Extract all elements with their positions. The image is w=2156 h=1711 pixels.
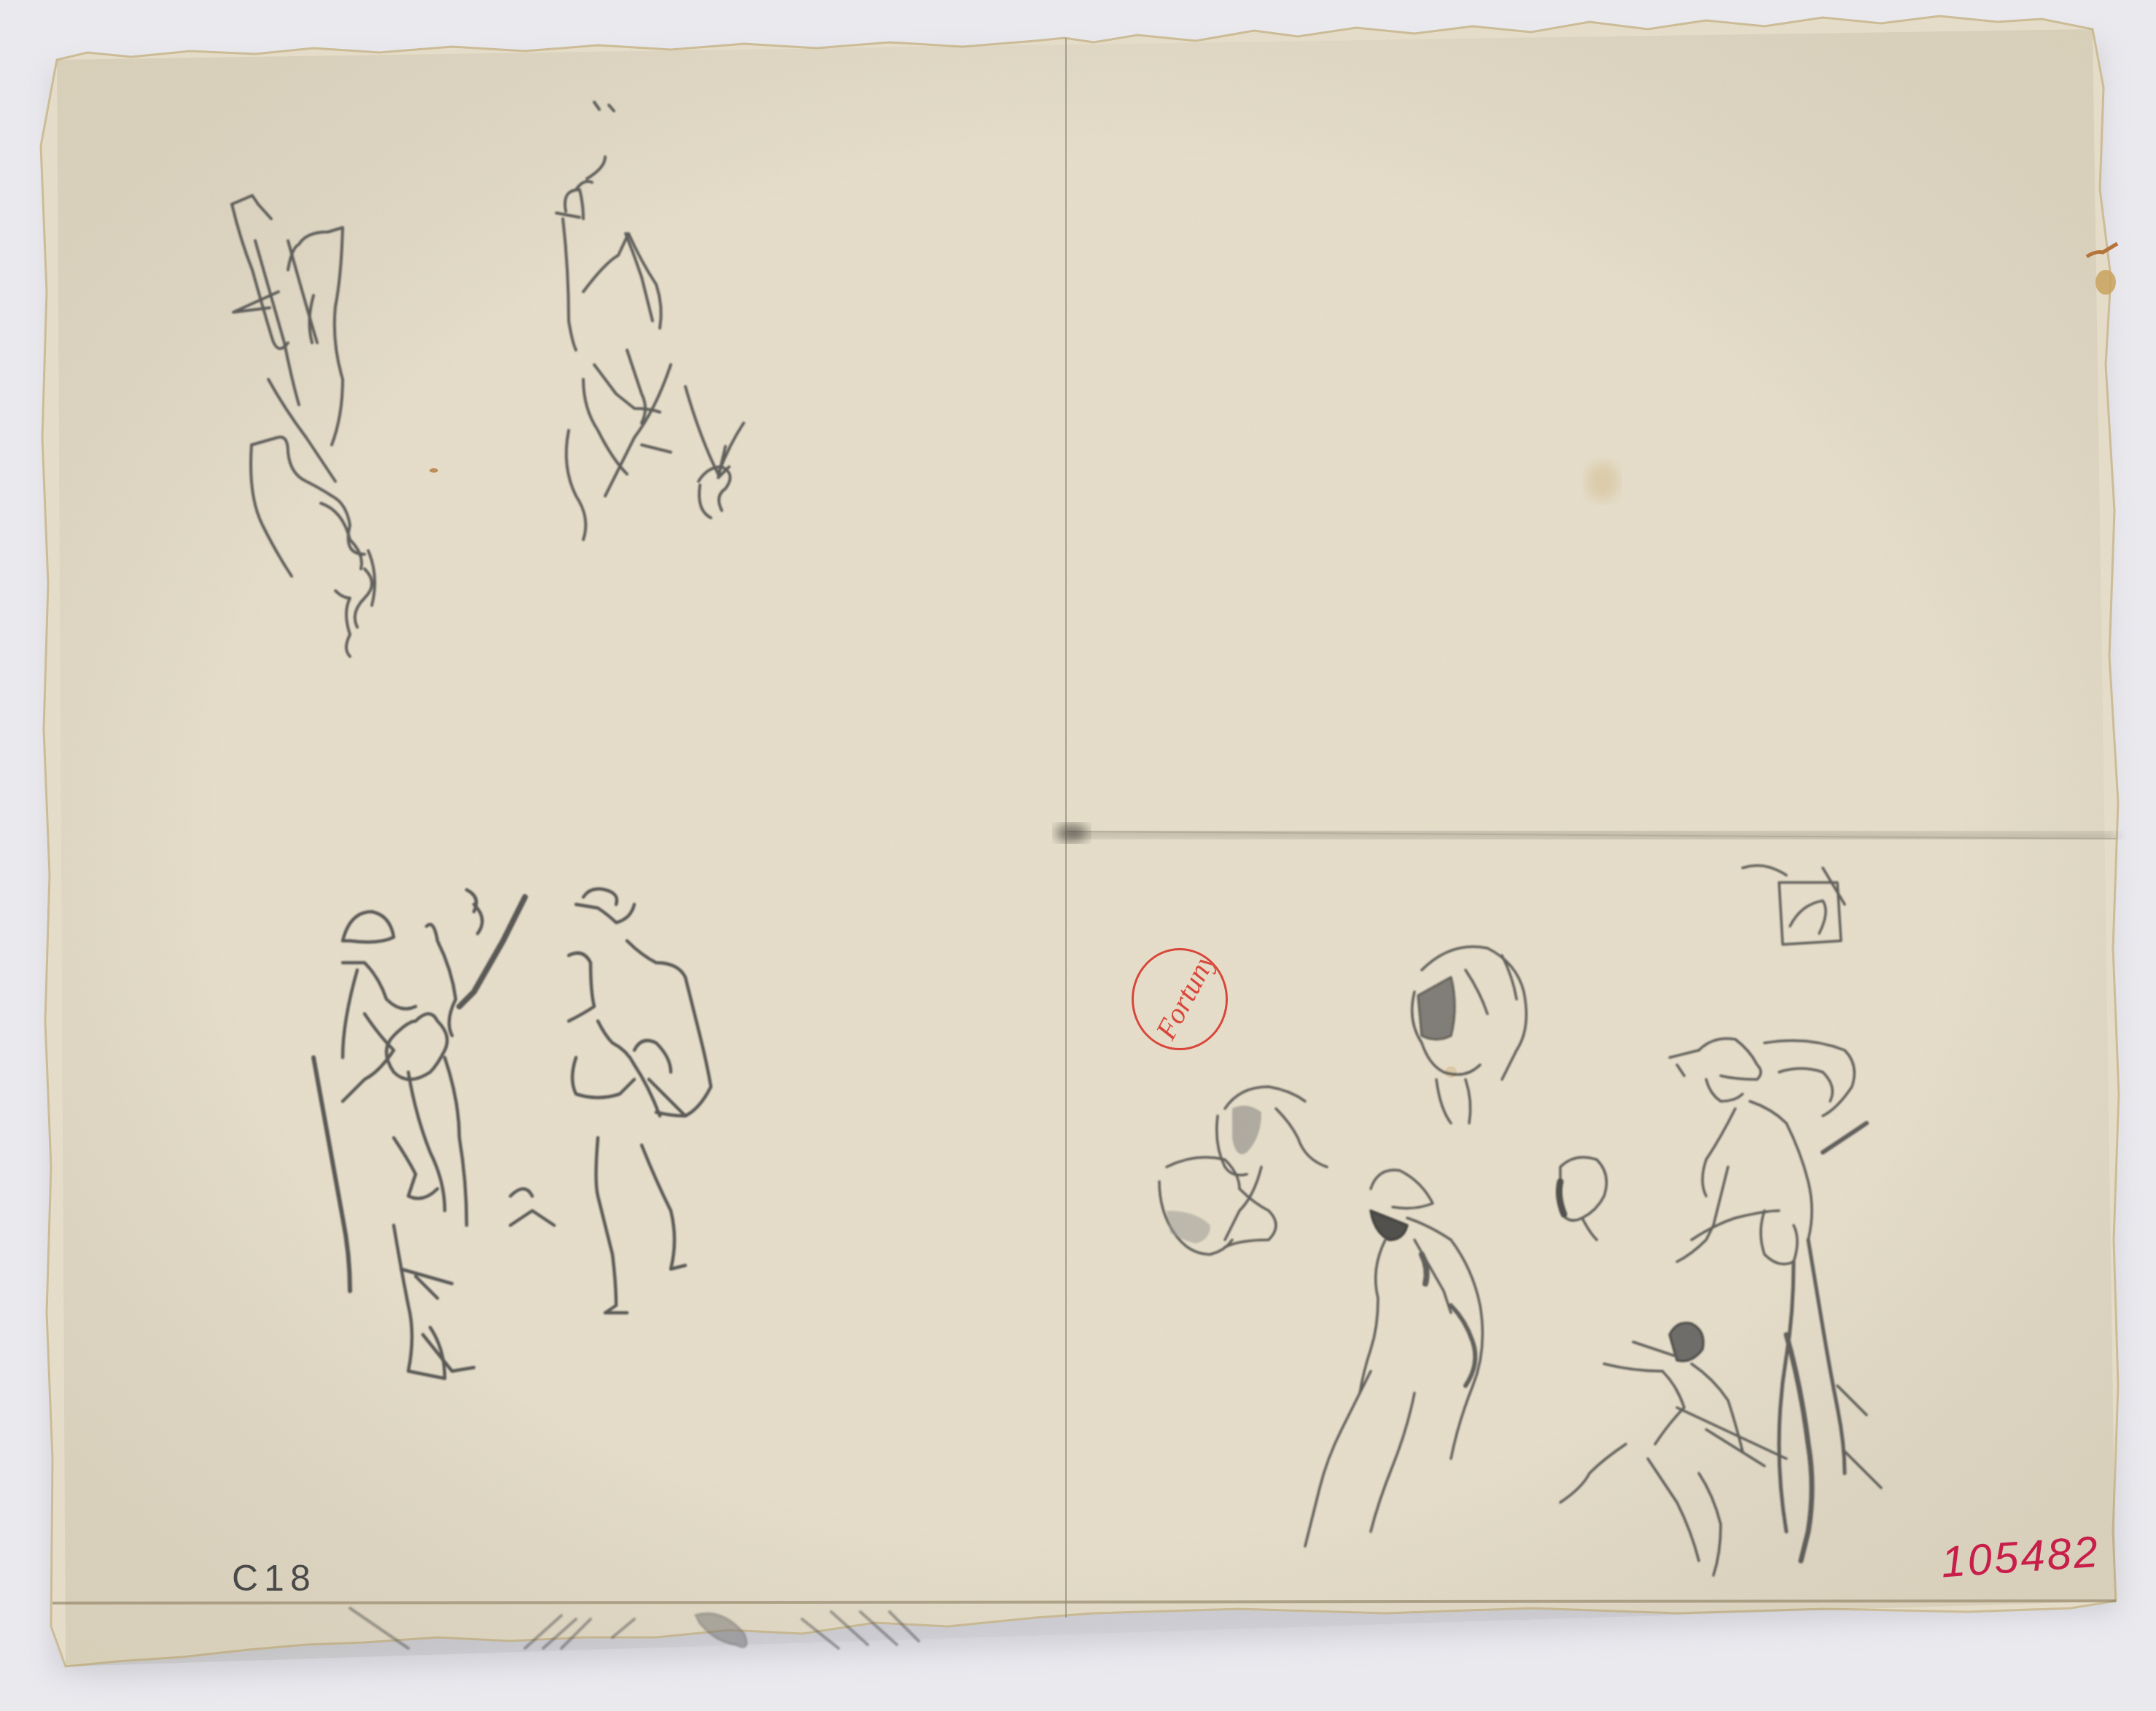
collector-stamp-text: Fortuny bbox=[1148, 948, 1223, 1045]
collector-stamp: Fortuny bbox=[1132, 948, 1228, 1050]
scanned-artwork: Fortuny C18 105482 bbox=[0, 0, 2156, 1711]
sketch-sheet bbox=[0, 0, 2156, 1711]
